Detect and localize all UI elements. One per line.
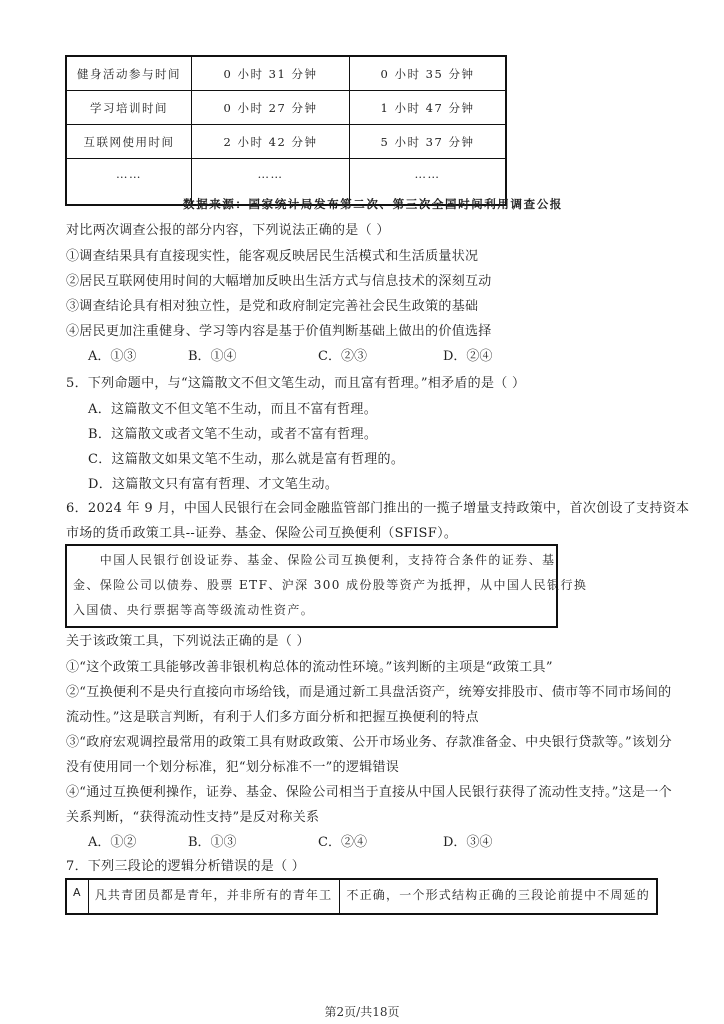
option: C．这篇散文如果文笔不生动，那么就是富有哲理的。 xyxy=(88,448,404,467)
data-source-note: 数据来源：国家统计局发布第二次、第三次全国时间利用调查公报 xyxy=(183,196,563,212)
material-line: 中国人民银行创设证券、基金、保险公司互换便利，支持符合条件的证券、基 xyxy=(73,551,555,568)
question-stem: 市场的货币政策工具--证券、基金、保险公司互换便利（SFISF）。 xyxy=(66,522,457,541)
syllogism-cell: 凡共青团员都是青年，并非所有的青年工 xyxy=(88,879,340,914)
question-stem: 关于该政策工具，下列说法正确的是（ ） xyxy=(66,630,310,649)
table-cell: 0 小时 35 分钟 xyxy=(350,56,507,91)
choice-d: D．②④ xyxy=(443,345,492,364)
table-row: 互联网使用时间 2 小时 42 分钟 5 小时 37 分钟 xyxy=(66,125,506,159)
statement: ④“通过互换便利操作，证券、基金、保险公司相当于直接从中国人民银行获得了流动性支… xyxy=(66,781,672,800)
time-use-table: 健身活动参与时间 0 小时 31 分钟 0 小时 35 分钟 学习培训时间 0 … xyxy=(65,55,507,206)
statement: ③调查结论具有相对独立性，是党和政府制定完善社会民生政策的基础 xyxy=(66,295,478,314)
table-row: 学习培训时间 0 小时 27 分钟 1 小时 47 分钟 xyxy=(66,91,506,125)
question-stem: 5．下列命题中，与“这篇散文不但文笔生动，而且富有哲理。”相矛盾的是（ ） xyxy=(66,372,525,391)
choice-b: B．①③ xyxy=(188,831,237,850)
statement: ②居民互联网使用时间的大幅增加反映出生活方式与信息技术的深刻互动 xyxy=(66,270,492,289)
table-cell: 5 小时 37 分钟 xyxy=(350,125,507,159)
option: B．这篇散文或者文笔不生动，或者不富有哲理。 xyxy=(88,423,377,442)
table-row: 健身活动参与时间 0 小时 31 分钟 0 小时 35 分钟 xyxy=(66,56,506,91)
statement: ①“这个政策工具能够改善非银机构总体的流动性环境。”该判断的主项是“政策工具” xyxy=(66,656,553,675)
statement: ①调查结果具有直接现实性，能客观反映居民生活模式和生活质量状况 xyxy=(66,245,478,264)
table-cell: 学习培训时间 xyxy=(66,91,192,125)
statement: 关系判断，“获得流动性支持”是反对称关系 xyxy=(66,806,319,825)
option: A．这篇散文不但文笔不生动，而且不富有哲理。 xyxy=(88,398,377,417)
statement: 没有使用同一个划分标准，犯“划分标准不一”的逻辑错误 xyxy=(66,756,399,775)
table-cell: 互联网使用时间 xyxy=(66,125,192,159)
choice-b: B．①④ xyxy=(188,345,237,364)
table-cell: 0 小时 27 分钟 xyxy=(192,91,350,125)
document-page: 健身活动参与时间 0 小时 31 分钟 0 小时 35 分钟 学习培训时间 0 … xyxy=(0,0,724,1024)
choice-c: C．②④ xyxy=(318,831,367,850)
analysis-cell: 不正确，一个形式结构正确的三段论前提中不周延的 xyxy=(340,879,657,914)
statement: ②“互换便利不是央行直接向市场给钱，而是通过新工具盘活资产，统筹安排股市、债市等… xyxy=(66,681,671,700)
table-cell: 2 小时 42 分钟 xyxy=(192,125,350,159)
table-cell: 健身活动参与时间 xyxy=(66,56,192,91)
option: D．这篇散文只有富有哲理、才文笔生动。 xyxy=(88,473,338,492)
statement: ③“政府宏观调控最常用的政策工具有财政政策、公开市场业务、存款准备金、中央银行贷… xyxy=(66,731,672,750)
choice-a: A．①③ xyxy=(88,345,136,364)
statement: ④居民更加注重健身、学习等内容是基于价值判断基础上做出的价值选择 xyxy=(66,320,492,339)
table-row: A 凡共青团员都是青年，并非所有的青年工 不正确，一个形式结构正确的三段论前提中… xyxy=(66,879,657,914)
table-cell: …… xyxy=(66,159,192,206)
choice-c: C．②③ xyxy=(318,345,367,364)
choice-a: A．①② xyxy=(88,831,136,850)
question-stem: 6．2024 年 9 月，中国人民银行在会同金融监管部门推出的一揽子增量支持政策… xyxy=(66,497,689,516)
statement: 流动性。”这是联言判断，有利于人们多方面分析和把握互换便利的特点 xyxy=(66,706,479,725)
material-line: 入国债、央行票据等高等级流动性资产。 xyxy=(73,601,314,618)
row-key: A xyxy=(66,879,88,914)
choice-d: D．③④ xyxy=(443,831,492,850)
page-footer: 第2页/共18页 xyxy=(0,1003,724,1020)
question-stem: 对比两次调查公报的部分内容，下列说法正确的是（ ） xyxy=(66,219,390,238)
table-cell: 1 小时 47 分钟 xyxy=(350,91,507,125)
material-line: 金、保险公司以债券、股票 ETF、沪深 300 成份股等资产为抵押，从中国人民银… xyxy=(73,576,587,593)
table-cell: 0 小时 31 分钟 xyxy=(192,56,350,91)
material-box: 中国人民银行创设证券、基金、保险公司互换便利，支持符合条件的证券、基 金、保险公… xyxy=(65,544,558,628)
question-stem: 7．下列三段论的逻辑分析错误的是（ ） xyxy=(66,855,305,874)
syllogism-table: A 凡共青团员都是青年，并非所有的青年工 不正确，一个形式结构正确的三段论前提中… xyxy=(65,878,658,915)
